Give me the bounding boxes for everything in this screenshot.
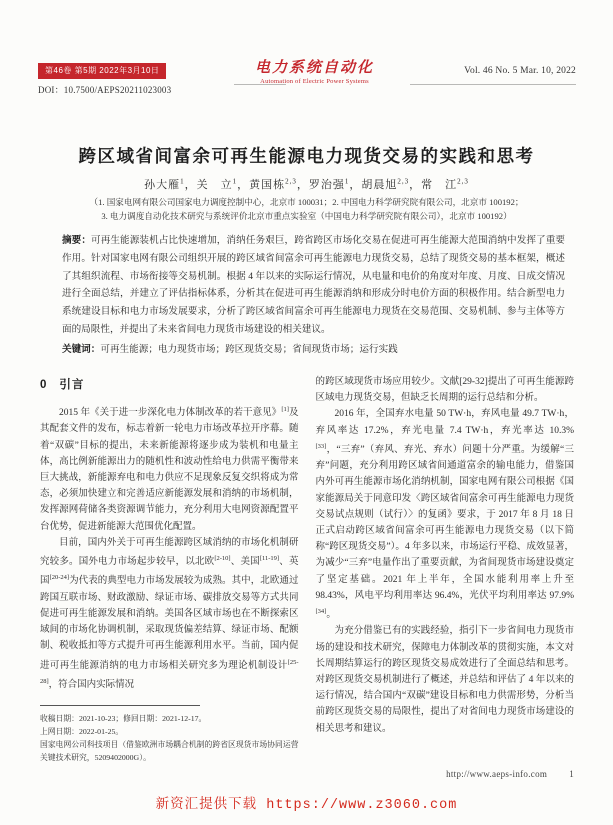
author-line: 孙大雁1，关 立1，黄国栋2,3，罗治强1，胡晨旭2,3，常 江2,3 <box>0 176 613 192</box>
header-rule-right <box>410 84 576 85</box>
issue-badge: 第46卷 第5期 2022年3月10日 <box>38 63 166 79</box>
journal-page: 第46卷 第5期 2022年3月10日 DOI：10.7500/AEPS2021… <box>0 0 613 825</box>
journal-logo: 电力系统自动化 Automation of Electric Power Sys… <box>223 60 406 86</box>
journal-website-url: http://www.aeps-info.com <box>446 769 547 779</box>
left-column: 0引言 2015 年《关于进一步深化电力体制改革的若干意见》[1]及其配套文件的… <box>40 374 299 764</box>
footer-info: http://www.aeps-info.com1 <box>446 769 574 779</box>
footnote-rule <box>40 705 200 706</box>
header-rule-left <box>234 84 286 85</box>
page-number: 1 <box>569 769 574 779</box>
abstract-label: 摘要： <box>62 235 91 246</box>
body-paragraph: 目前，国内外关于可再生能源跨区域消纳的市场化机制研究较多。国外电力市场起步较早，… <box>40 535 299 693</box>
section-heading-introduction: 0引言 <box>40 376 299 392</box>
keywords-block: 关键词：可再生能源；电力现货市场；跨区现货交易；省间现货市场；运行实践 <box>62 341 565 359</box>
footnote-funding: 国家电网公司科技项目（借鉴欧洲市场耦合机制的跨省区现货市场协同运营关键技术研究，… <box>40 738 299 764</box>
abstract-text: 可再生能源装机占比快速增加，消纳任务艰巨，跨省跨区市场化交易在促进可再生能源大范… <box>62 235 565 335</box>
footnote-block: 收稿日期：2021-10-23；修回日期：2021-12-17。 上网日期：20… <box>40 700 299 764</box>
footnote-received-dates: 收稿日期：2021-10-23；修回日期：2021-12-17。 <box>40 712 299 725</box>
journal-name-cn: 电力系统自动化 <box>223 60 406 77</box>
body-columns: 0引言 2015 年《关于进一步深化电力体制改革的若干意见》[1]及其配套文件的… <box>40 374 574 764</box>
right-column: 的跨区域现货市场应用较少。文献[29-32]提出了可再生能源跨区域电力现货交易，… <box>316 374 575 764</box>
footnote-online-date: 上网日期：2022-01-25。 <box>40 725 299 738</box>
doi-text: DOI：10.7500/AEPS20211023003 <box>38 83 223 96</box>
volume-info: Vol. 46 No. 5 Mar. 10, 2022 <box>464 66 576 76</box>
abstract-block: 摘要：可再生能源装机占比快速增加，消纳任务艰巨，跨省跨区市场化交易在促进可再生能… <box>62 232 565 339</box>
affiliation-line-1: （1. 国家电网有限公司国家电力调度控制中心，北京市 100031；2. 中国电… <box>0 196 613 208</box>
body-paragraph: 的跨区域现货市场应用较少。文献[29-32]提出了可再生能源跨区域电力现货交易，… <box>316 374 575 406</box>
header-left: 第46卷 第5期 2022年3月10日 DOI：10.7500/AEPS2021… <box>38 60 223 96</box>
body-paragraph: 2016 年，全国弃水电量 50 TW·h，弃风电量 49.7 TW·h，弃风率… <box>316 406 575 623</box>
keywords-text: 可再生能源；电力现货市场；跨区现货交易；省间现货市场；运行实践 <box>100 344 397 355</box>
body-paragraph: 2015 年《关于进一步深化电力体制改革的若干意见》[1]及其配套文件的发布，标… <box>40 402 299 535</box>
article-title: 跨区域省间富余可再生能源电力现货交易的实践和思考 <box>0 143 613 168</box>
section-number: 0 <box>40 379 47 391</box>
page-header: 第46卷 第5期 2022年3月10日 DOI：10.7500/AEPS2021… <box>38 60 576 106</box>
keywords-label: 关键词： <box>62 344 100 355</box>
affiliation-line-2: 3. 电力调度自动化技术研究与系统评价北京市重点实验室（中国电力科学研究院有限公… <box>0 210 613 222</box>
section-title: 引言 <box>59 379 84 391</box>
download-watermark: 新资汇提供下载 https://www.z3060.com <box>0 792 613 813</box>
body-paragraph: 为充分借鉴已有的实践经验，指引下一步省间电力现货市场的建设和技术研究，保障电力体… <box>316 623 575 736</box>
